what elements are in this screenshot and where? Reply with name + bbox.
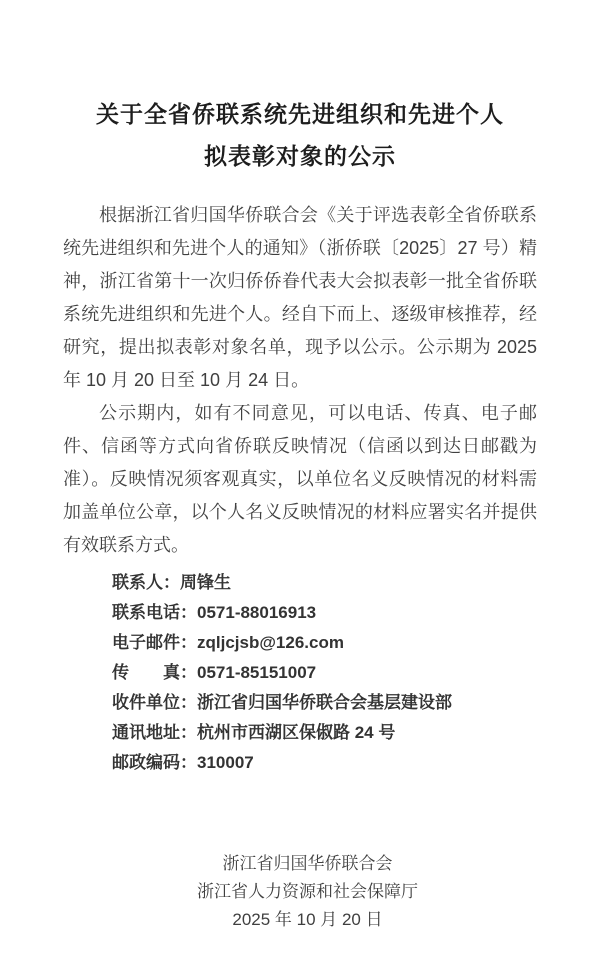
signature-org-federation: 浙江省归国华侨联合会 xyxy=(197,850,418,878)
signature-org-hr-department: 浙江省人力资源和社会保障厅 xyxy=(197,878,418,906)
contact-label: 通讯地址： xyxy=(112,723,197,742)
contact-row-recipient-unit: 收件单位：浙江省归国华侨联合会基层建设部 xyxy=(112,688,537,718)
contact-label: 收件单位： xyxy=(112,693,197,712)
notice-document-page: 关于全省侨联系统先进组织和先进个人 拟表彰对象的公示 根据浙江省归国华侨联合会《… xyxy=(0,0,600,975)
contact-row-phone: 联系电话：0571-88016913 xyxy=(112,598,537,628)
contact-row-email: 电子邮件：zqljcjsb@126.com xyxy=(112,628,537,658)
signature-date: 2025 年 10 月 20 日 xyxy=(197,906,418,934)
page-title-line-2: 拟表彰对象的公示 xyxy=(63,136,537,178)
contact-value: 周锋生 xyxy=(180,573,231,592)
contact-label: 邮政编码： xyxy=(112,753,197,772)
contact-value: 0571-88016913 xyxy=(197,603,316,622)
document-body: 根据浙江省归国华侨联合会《关于评选表彰全省侨联系统先进组织和先进个人的通知》（浙… xyxy=(63,199,537,562)
contact-value: zqljcjsb@126.com xyxy=(197,633,344,652)
paragraph-intro: 根据浙江省归国华侨联合会《关于评选表彰全省侨联系统先进组织和先进个人的通知》（浙… xyxy=(63,199,537,397)
contact-label: 联系人： xyxy=(112,573,180,592)
contact-value: 浙江省归国华侨联合会基层建设部 xyxy=(197,693,452,712)
contact-label: 联系电话： xyxy=(112,603,197,622)
contact-row-postal-code: 邮政编码：310007 xyxy=(112,748,537,778)
contact-value: 0571-85151007 xyxy=(197,663,316,682)
page-title: 关于全省侨联系统先进组织和先进个人 拟表彰对象的公示 xyxy=(63,94,537,178)
contact-value: 杭州市西湖区保俶路 24 号 xyxy=(197,723,395,742)
signature-block: 浙江省归国华侨联合会 浙江省人力资源和社会保障厅 2025 年 10 月 20 … xyxy=(197,850,418,934)
contact-info-block: 联系人：周锋生 联系电话：0571-88016913 电子邮件：zqljcjsb… xyxy=(112,568,537,778)
contact-label: 传 真： xyxy=(112,663,197,682)
contact-label: 电子邮件： xyxy=(112,633,197,652)
contact-row-person: 联系人：周锋生 xyxy=(112,568,537,598)
contact-row-fax: 传 真：0571-85151007 xyxy=(112,658,537,688)
contact-row-mailing-address: 通讯地址：杭州市西湖区保俶路 24 号 xyxy=(112,718,537,748)
page-title-line-1: 关于全省侨联系统先进组织和先进个人 xyxy=(63,94,537,136)
paragraph-feedback-instructions: 公示期内，如有不同意见，可以电话、传真、电子邮件、信函等方式向省侨联反映情况（信… xyxy=(63,397,537,562)
contact-value: 310007 xyxy=(197,753,254,772)
